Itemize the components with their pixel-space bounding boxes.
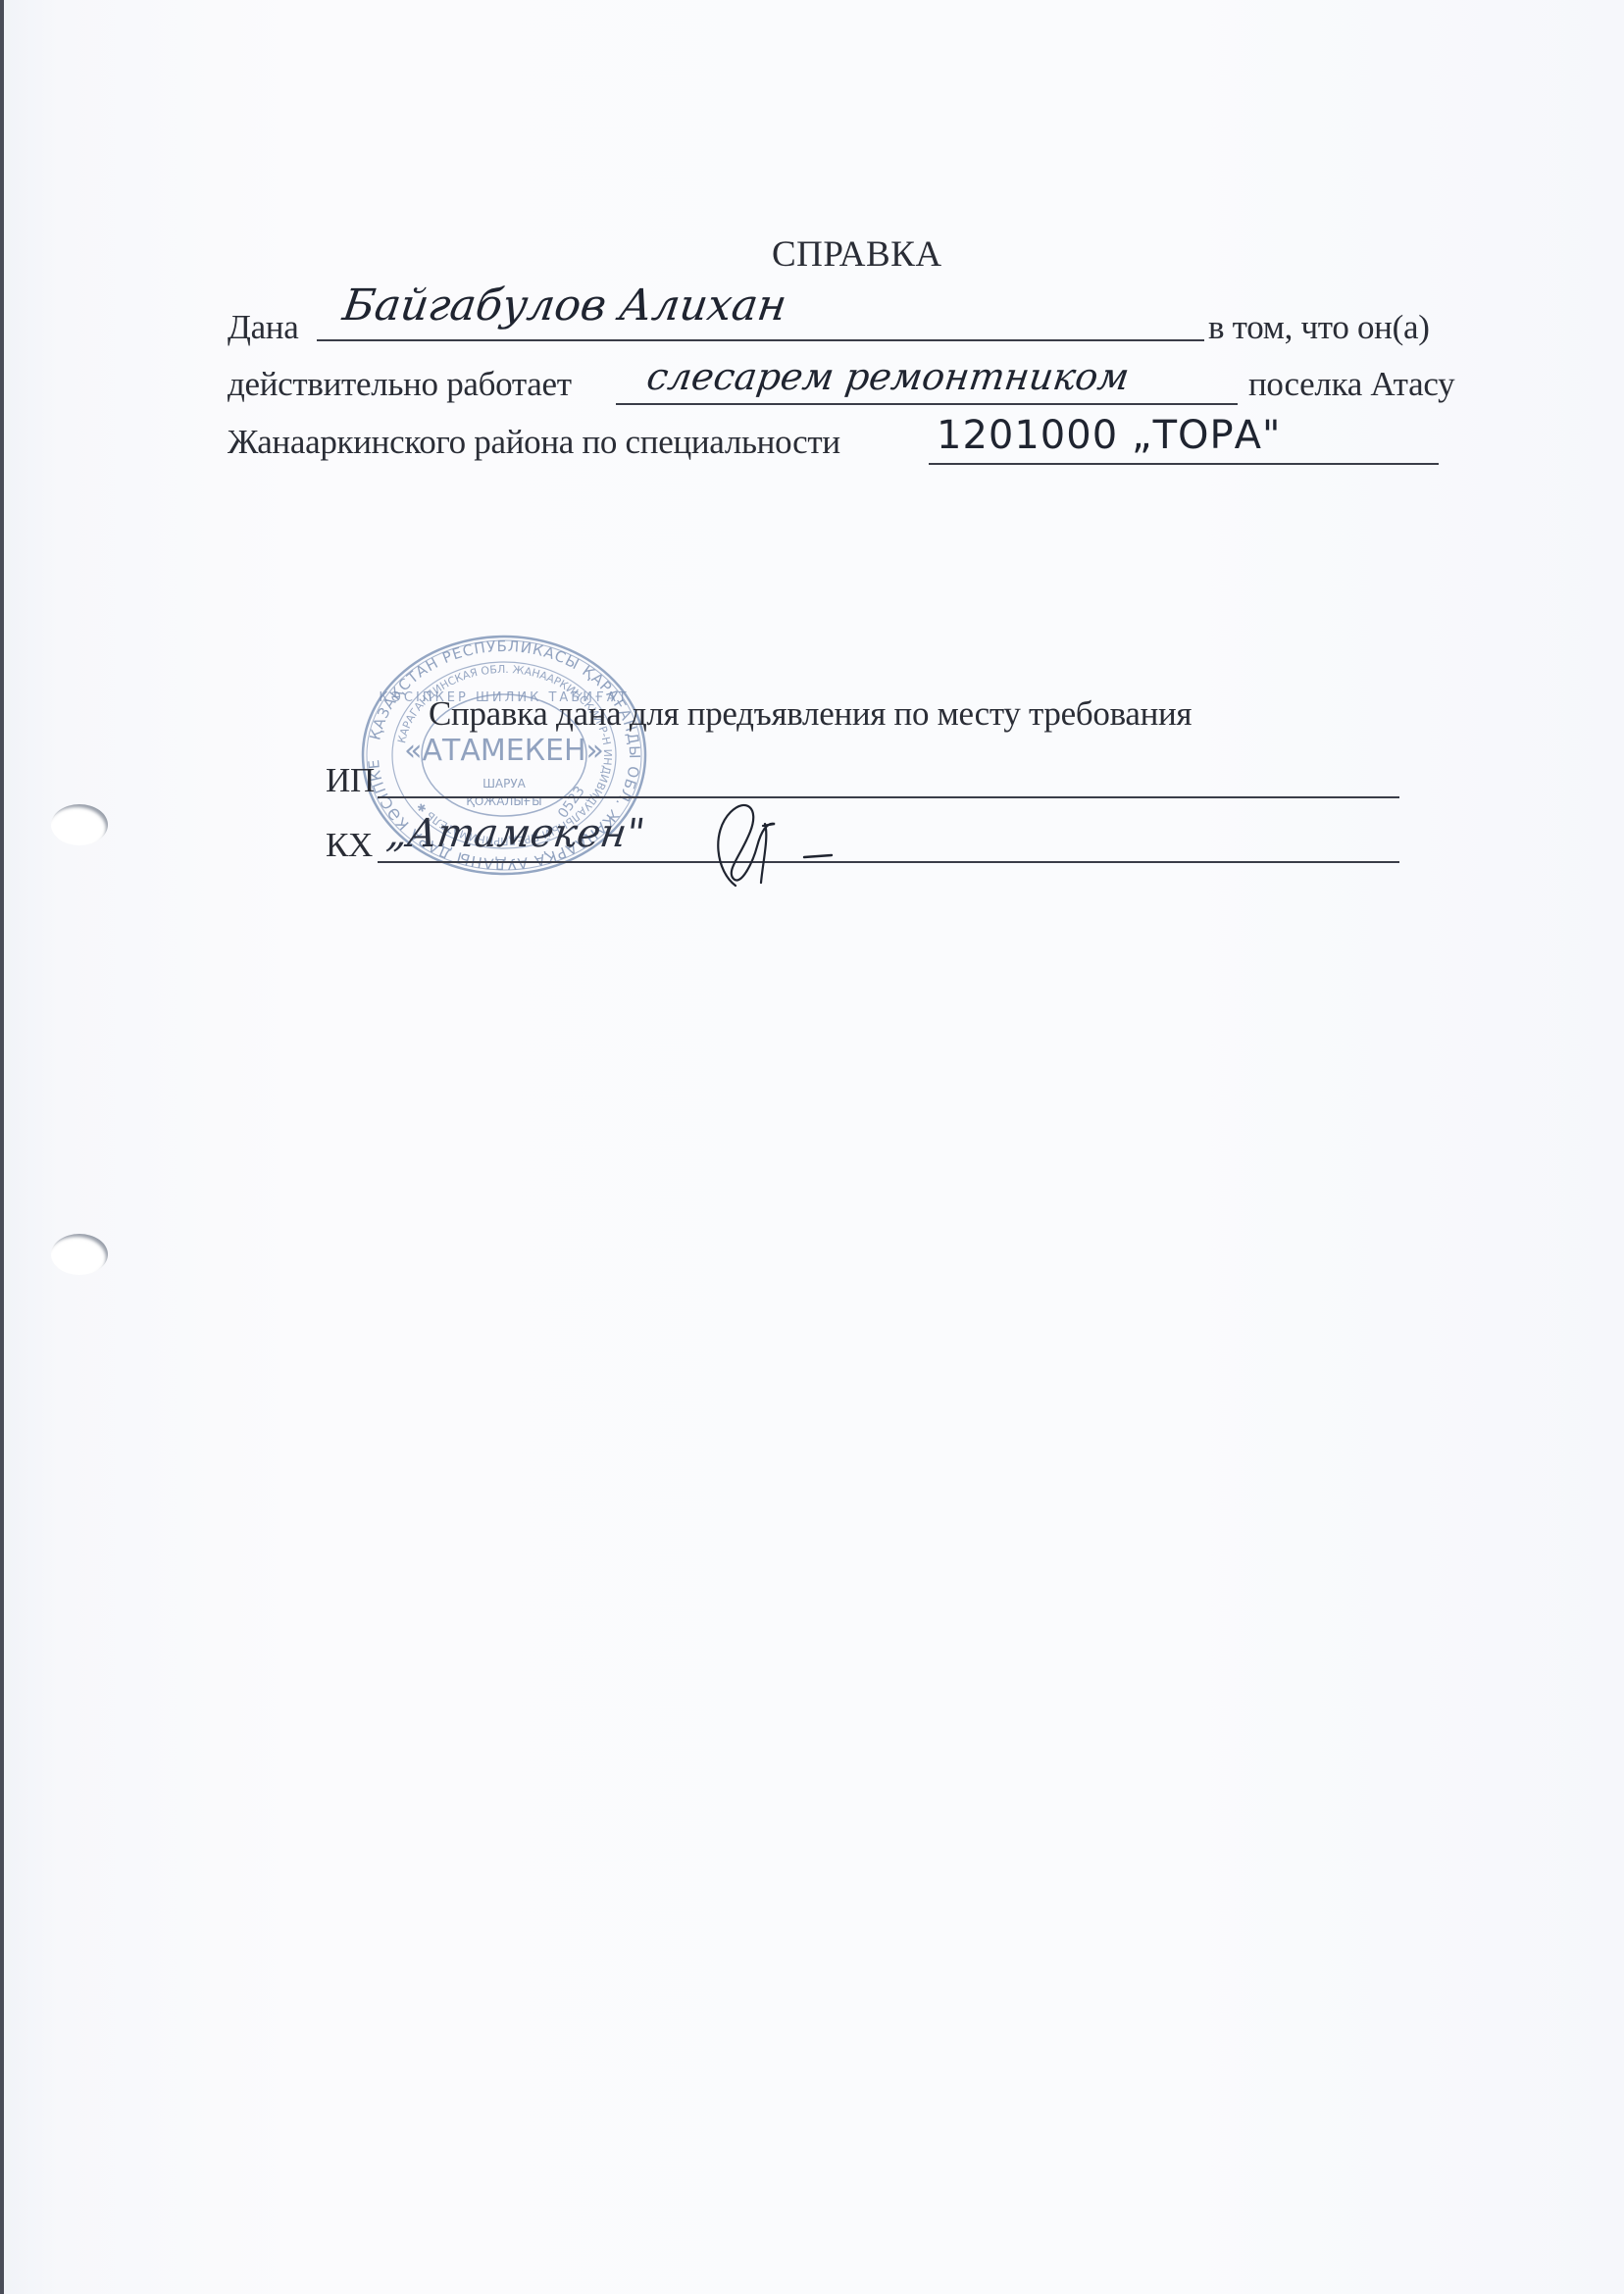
- handwritten-farm-name: „Атамекен": [384, 812, 647, 855]
- purpose-text: Справка дана для предъявления по месту т…: [429, 694, 1192, 734]
- signature-scribble-icon: [706, 792, 863, 900]
- kx-underline: [378, 861, 1399, 863]
- line1-prefix: Дана: [228, 308, 298, 347]
- position-underline: [616, 403, 1238, 405]
- signature: [706, 792, 863, 900]
- document-title: СПРАВКА: [772, 235, 942, 275]
- handwritten-specialty: 1201000 „ТОРА": [937, 414, 1281, 457]
- specialty-underline: [929, 463, 1439, 465]
- name-underline: [317, 339, 1204, 341]
- ip-underline: [378, 796, 1399, 798]
- handwritten-position: слесарем ремонтником: [644, 355, 1132, 398]
- line2-prefix: действительно работает: [228, 365, 572, 404]
- handwritten-name: Байгабулов Алихан: [340, 284, 789, 328]
- kx-label: КХ: [326, 826, 373, 865]
- svg-text:ШАРУА: ШАРУА: [482, 777, 527, 790]
- punch-hole-top: [51, 804, 108, 845]
- punch-hole-bottom: [51, 1234, 108, 1275]
- svg-text:«АТАМЕКЕН»: «АТАМЕКЕН»: [404, 734, 604, 768]
- scanned-page: СПРАВКА Дана Байгабулов Алихан в том, чт…: [0, 0, 1624, 2294]
- line1-suffix: в том, что он(а): [1208, 308, 1430, 347]
- scan-edge: [0, 0, 4, 2294]
- line3-prefix: Жанааркинского района по специальности: [228, 423, 840, 462]
- ip-label: ИП: [326, 761, 375, 800]
- line2-suffix: поселка Атасу: [1248, 365, 1454, 404]
